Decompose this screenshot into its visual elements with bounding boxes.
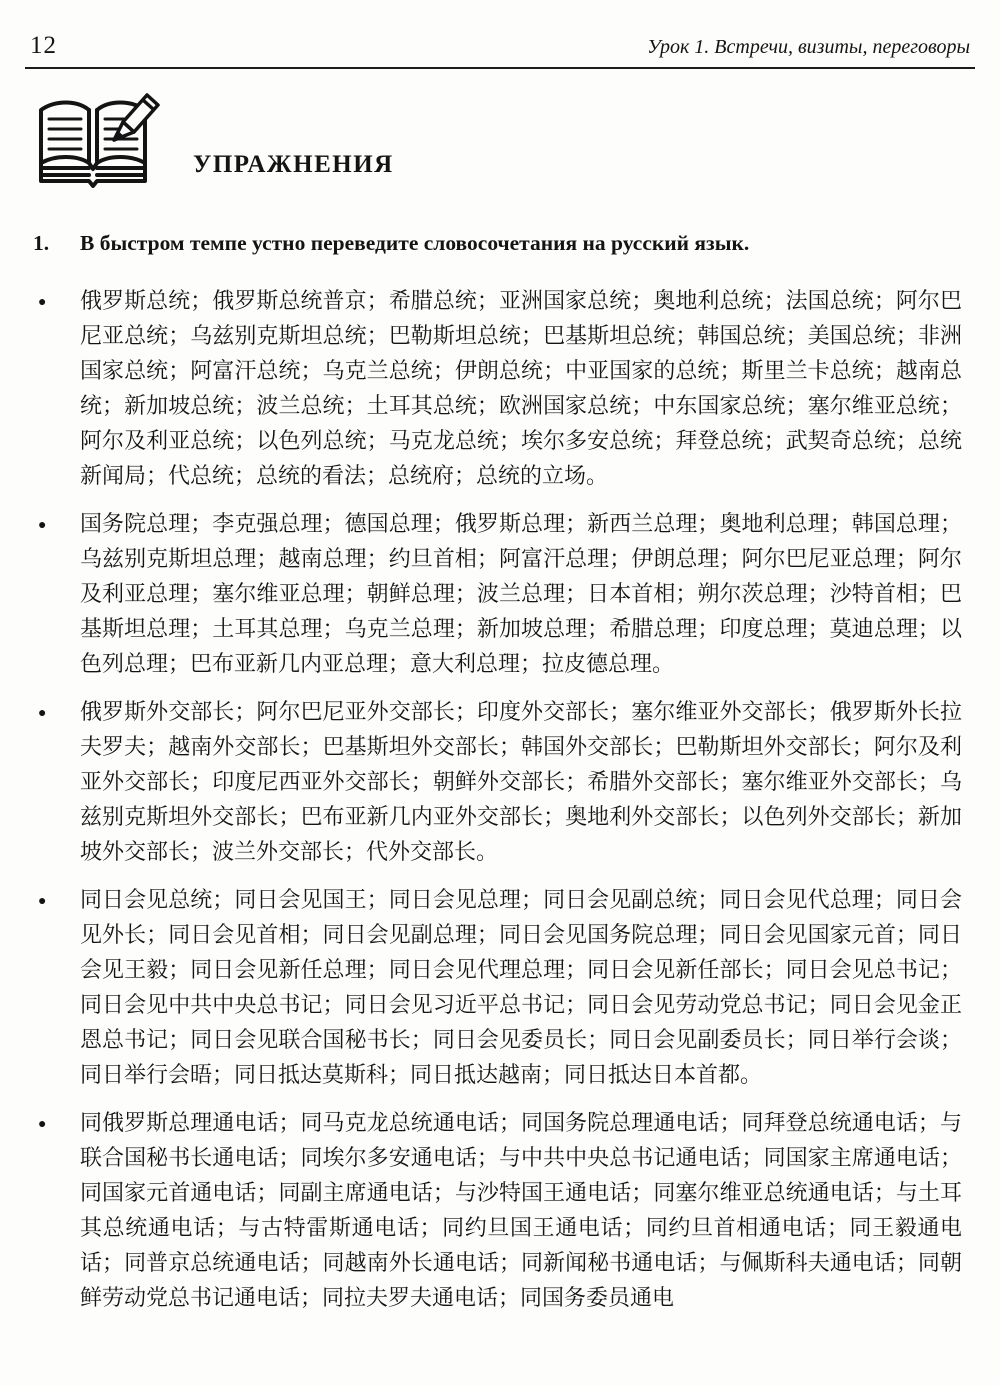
- page-number: 12: [30, 32, 57, 60]
- phrase-item-premiers: ● 国务院总理；李克强总理；德国总理；俄罗斯总理；新西兰总理；奥地利总理；韩国总…: [38, 506, 962, 681]
- exercise-number: 1.: [33, 229, 80, 257]
- section-title: УПРАЖНЕНИЯ: [193, 151, 394, 179]
- bullet-icon: ●: [38, 285, 46, 320]
- exercise-instruction: В быстром темпе устно переведите словосо…: [80, 229, 749, 257]
- open-book-pencil-icon: [33, 89, 165, 189]
- header-rule: [25, 67, 975, 69]
- running-header-row: 12 Урок 1. Встречи, визиты, переговоры: [30, 32, 970, 60]
- phrase-list: ● 俄罗斯总统；俄罗斯总统普京；希腊总统；亚洲国家总统；奥地利总统；法国总统；阿…: [38, 283, 962, 1315]
- textbook-page: 12 Урок 1. Встречи, визиты, переговоры: [0, 0, 1000, 1386]
- phrase-item-foreign-ministers: ● 俄罗斯外交部长；阿尔巴尼亚外交部长；印度外交部长；塞尔维亚外交部长；俄罗斯外…: [38, 694, 962, 869]
- phrase-text: 同俄罗斯总理通电话；同马克龙总统通电话；同国务院总理通电话；同拜登总统通电话；与…: [80, 1110, 962, 1310]
- running-header-title: Урок 1. Встречи, визиты, переговоры: [647, 36, 970, 59]
- phrase-item-same-day-meetings: ● 同日会见总统；同日会见国王；同日会见总理；同日会见副总统；同日会见代总理；同…: [38, 882, 962, 1092]
- phrase-text: 同日会见总统；同日会见国王；同日会见总理；同日会见副总统；同日会见代总理；同日会…: [80, 887, 962, 1087]
- bullet-icon: ●: [38, 884, 46, 919]
- phrase-text: 俄罗斯外交部长；阿尔巴尼亚外交部长；印度外交部长；塞尔维亚外交部长；俄罗斯外长拉…: [80, 699, 962, 864]
- bullet-icon: ●: [38, 696, 46, 731]
- phrase-item-phone-calls: ● 同俄罗斯总理通电话；同马克龙总统通电话；同国务院总理通电话；同拜登总统通电话…: [38, 1105, 962, 1315]
- exercise-heading: 1. В быстром темпе устно переведите слов…: [33, 229, 966, 257]
- phrase-item-presidents: ● 俄罗斯总统；俄罗斯总统普京；希腊总统；亚洲国家总统；奥地利总统；法国总统；阿…: [38, 283, 962, 493]
- section-head: УПРАЖНЕНИЯ: [33, 89, 1000, 189]
- bullet-icon: ●: [38, 1107, 46, 1142]
- bullet-icon: ●: [38, 508, 46, 543]
- phrase-text: 俄罗斯总统；俄罗斯总统普京；希腊总统；亚洲国家总统；奥地利总统；法国总统；阿尔巴…: [80, 288, 962, 488]
- phrase-text: 国务院总理；李克强总理；德国总理；俄罗斯总理；新西兰总理；奥地利总理；韩国总理；…: [80, 511, 962, 676]
